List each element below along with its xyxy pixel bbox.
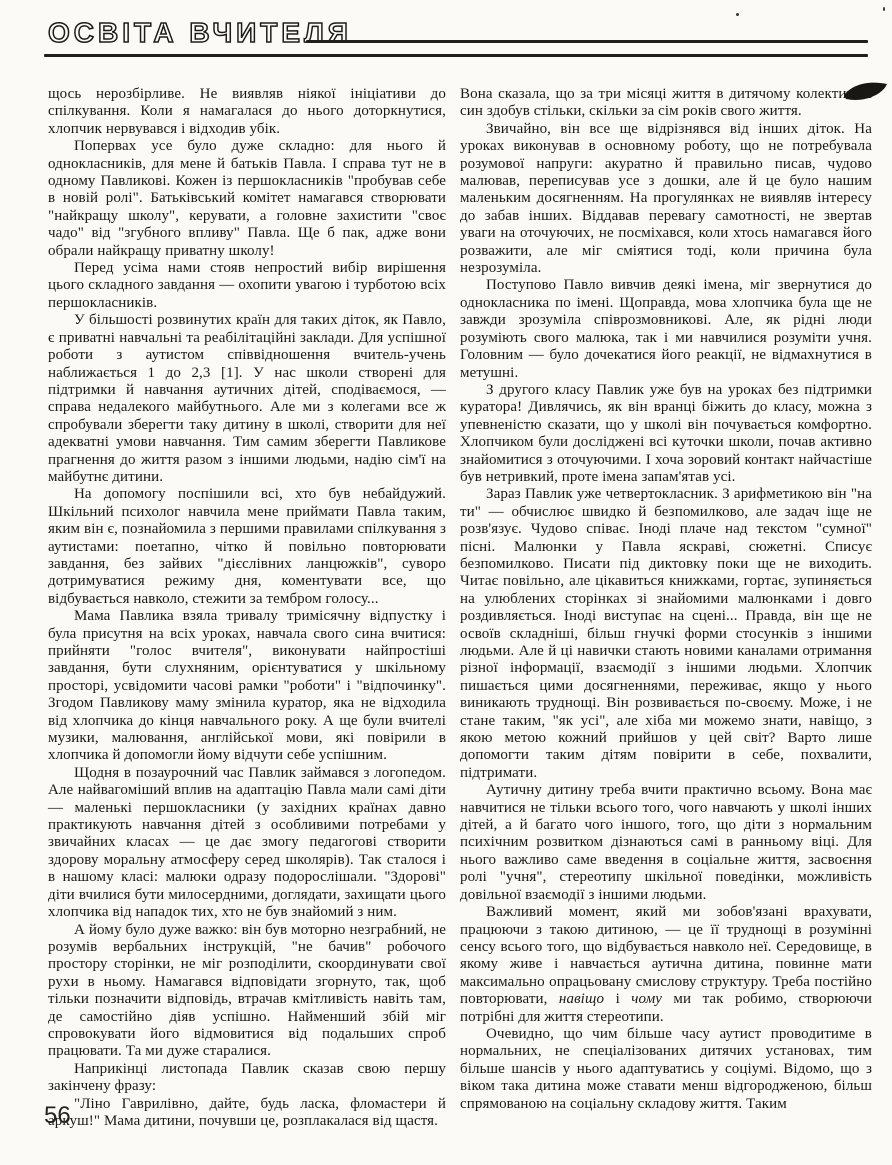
scanned-article-page: ОСВІТА ВЧИТЕЛЯ щось нерозбірливе. Не вия… xyxy=(0,0,892,1165)
text-column-left: щось нерозбірливе. Не виявляв ніякої іні… xyxy=(48,86,446,1130)
paragraph: На допомогу поспішили всі, хто був небай… xyxy=(48,486,446,608)
section-header: ОСВІТА ВЧИТЕЛЯ xyxy=(44,10,354,54)
paragraph: "Ліно Гаврилівно, дайте, будь ласка, фло… xyxy=(48,1096,446,1131)
header-rule-top xyxy=(306,40,868,43)
section-title: ОСВІТА ВЧИТЕЛЯ xyxy=(48,17,352,48)
paragraph: Важливий момент, який ми зобов'язані вра… xyxy=(460,904,872,1026)
paragraph: Наприкінці листопада Павлик сказав свою … xyxy=(48,1061,446,1096)
paragraph: Очевидно, що чим більше часу аутист пров… xyxy=(460,1026,872,1113)
paragraph: Перед усіма нами стояв непростий вибір в… xyxy=(48,260,446,312)
text-column-right: Вона сказала, що за три місяці життя в д… xyxy=(460,86,872,1130)
paragraph: А йому було дуже важко: він був моторно … xyxy=(48,922,446,1061)
page-number: 56 xyxy=(44,1102,71,1130)
paragraph: Попервах усе було дуже складно: для ньог… xyxy=(48,138,446,260)
paragraph: Вона сказала, що за три місяці життя в д… xyxy=(460,86,872,121)
scan-speck xyxy=(736,13,739,16)
paragraph: Поступово Павло вивчив деякі імена, міг … xyxy=(460,277,872,381)
paragraph: щось нерозбірливе. Не виявляв ніякої іні… xyxy=(48,86,446,138)
paragraph: Звичайно, він все ще відрізнявся від інш… xyxy=(460,121,872,278)
article-body: щось нерозбірливе. Не виявляв ніякої іні… xyxy=(48,86,872,1130)
paragraph: У більшості розвинутих країн для таких д… xyxy=(48,312,446,486)
paragraph: Щодня в позаурочний час Павлик займався … xyxy=(48,765,446,922)
paragraph: Мама Павлика взяла тривалу тримісячну ві… xyxy=(48,608,446,765)
scan-speck xyxy=(883,7,885,11)
paragraph: Аутичну дитину треба вчити практично всь… xyxy=(460,782,872,904)
paragraph: Зараз Павлик уже четвертокласник. З ариф… xyxy=(460,486,872,782)
header-rule-bottom xyxy=(44,54,868,57)
paragraph: З другого класу Павлик уже був на уроках… xyxy=(460,382,872,486)
